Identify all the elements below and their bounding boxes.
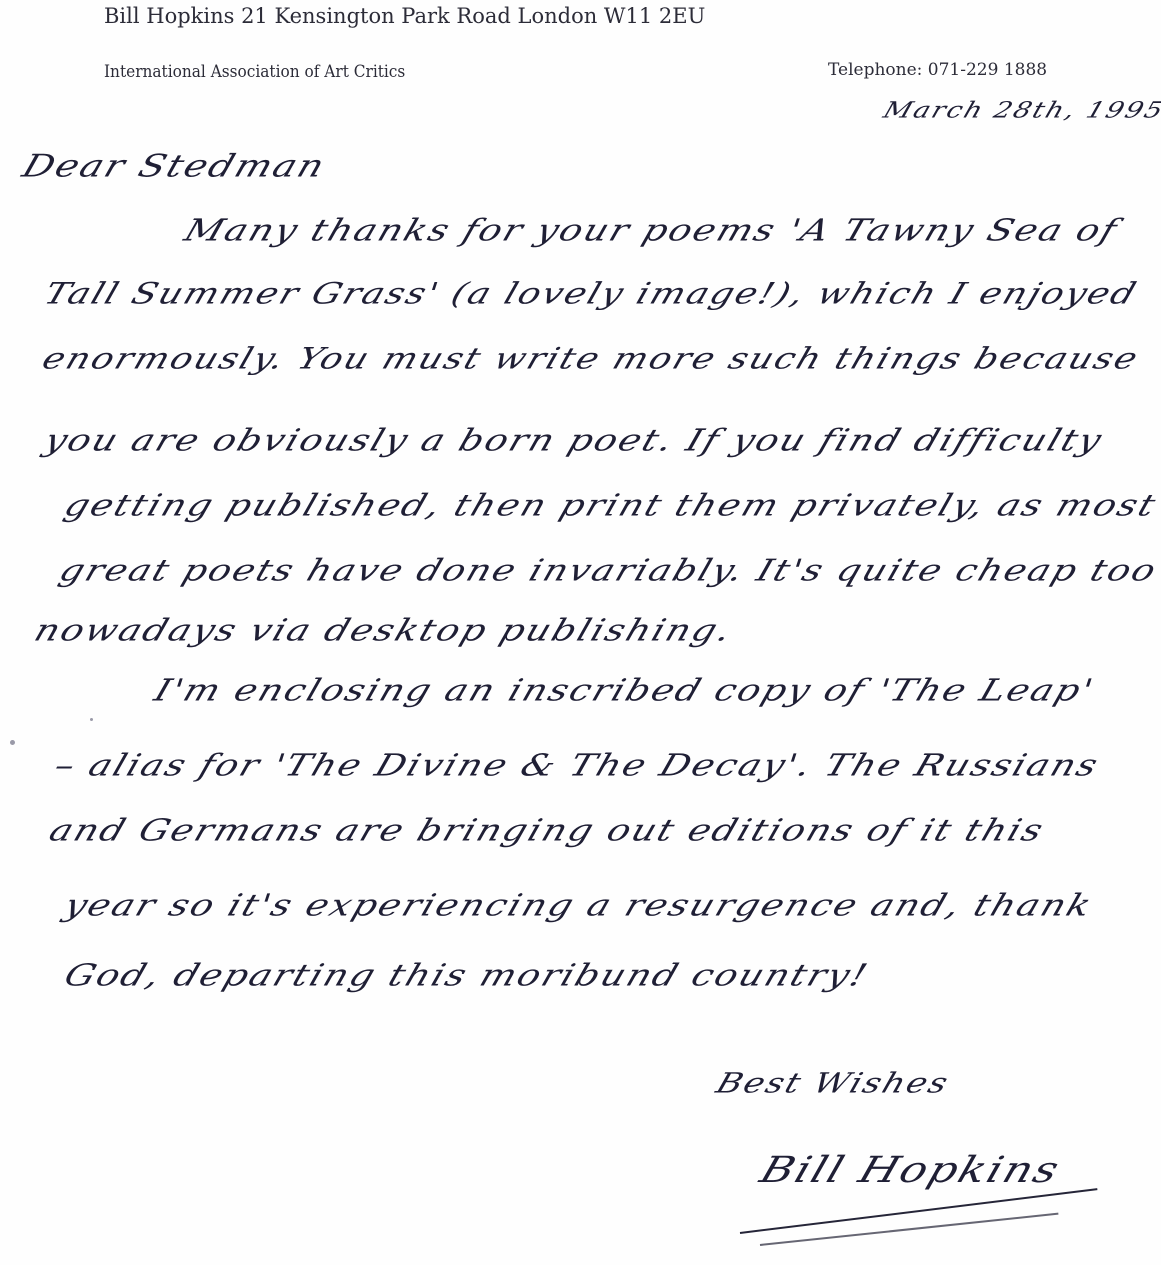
signature-flourish: [760, 1213, 1059, 1246]
closing: Best Wishes: [712, 1067, 954, 1100]
body-line: Tall Summer Grass' (a lovely image!), wh…: [40, 277, 1142, 311]
body-line: I'm enclosing an inscribed copy of 'The …: [150, 673, 1099, 708]
body-line: enormously. You must write more such thi…: [38, 342, 1144, 376]
body-line: you are obviously a born poet. If you fi…: [40, 423, 1108, 458]
body-line: getting published, then print them priva…: [60, 488, 1161, 523]
letterhead-telephone: Telephone: 071-229 1888: [828, 60, 1047, 80]
body-line: year so it's experiencing a resurgence a…: [60, 888, 1098, 923]
paper-speck: [10, 740, 15, 745]
body-line: great poets have done invariably. It's q…: [55, 553, 1161, 588]
body-line: and Germans are bringing out editions of…: [45, 813, 1049, 848]
body-line: – alias for 'The Divine & The Decay'. Th…: [50, 748, 1104, 783]
letterhead-name-address: Bill Hopkins 21 Kensington Park Road Lon…: [104, 4, 705, 28]
body-line: Many thanks for your poems 'A Tawny Sea …: [180, 213, 1123, 248]
letter-date: March 28th, 1995: [880, 98, 1161, 123]
body-line: nowadays via desktop publishing.: [30, 613, 738, 648]
paper-speck: [90, 718, 93, 721]
salutation: Dear Stedman: [18, 148, 331, 184]
signature: Bill Hopkins: [755, 1149, 1066, 1191]
body-line: God, departing this moribund country!: [60, 958, 873, 993]
letter-page: Bill Hopkins 21 Kensington Park Road Lon…: [0, 0, 1161, 1265]
letterhead-organization: International Association of Art Critics: [104, 62, 405, 81]
